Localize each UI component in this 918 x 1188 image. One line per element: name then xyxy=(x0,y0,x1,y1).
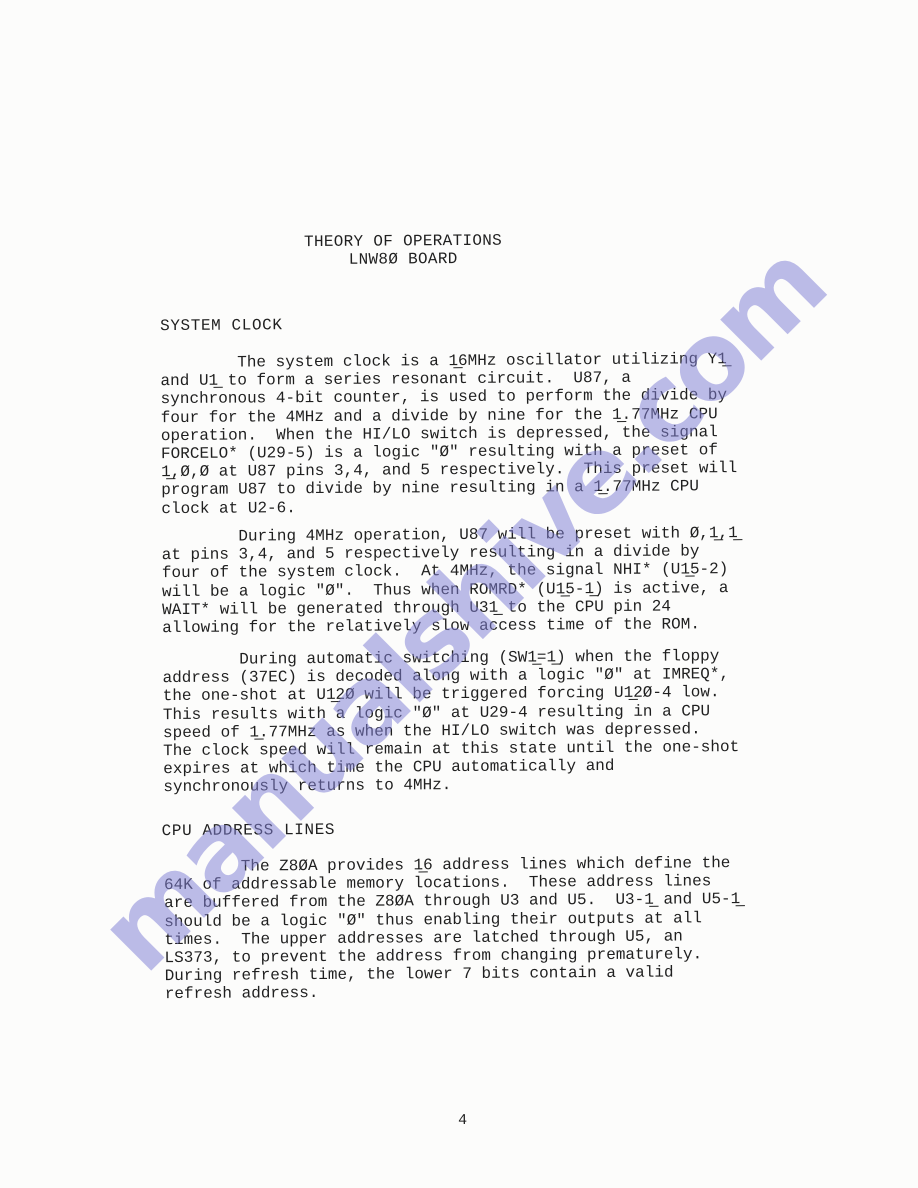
paragraph-system-clock-2: During 4MHz operation, U87 will be prese… xyxy=(162,524,739,637)
page-number: 4 xyxy=(4,1109,918,1132)
section-heading-cpu-address-lines: CPU ADDRESS LINES xyxy=(162,821,336,840)
paragraph-system-clock-1: The system clock is a 1̲6MHz oscillator … xyxy=(160,350,737,518)
paragraph-system-clock-3: During automatic switching (SW1̲=1̲) whe… xyxy=(162,647,739,797)
scanned-document-page: THEORY OF OPERATIONS LNW8Ø BOARD SYSTEM … xyxy=(0,0,918,1188)
paragraph-cpu-address-lines-1: The Z8ØA provides 1̲6 address lines whic… xyxy=(164,854,741,1004)
document-content: THEORY OF OPERATIONS LNW8Ø BOARD SYSTEM … xyxy=(0,0,918,1188)
document-title: THEORY OF OPERATIONS LNW8Ø BOARD xyxy=(160,232,645,271)
section-heading-system-clock: SYSTEM CLOCK xyxy=(160,316,283,335)
